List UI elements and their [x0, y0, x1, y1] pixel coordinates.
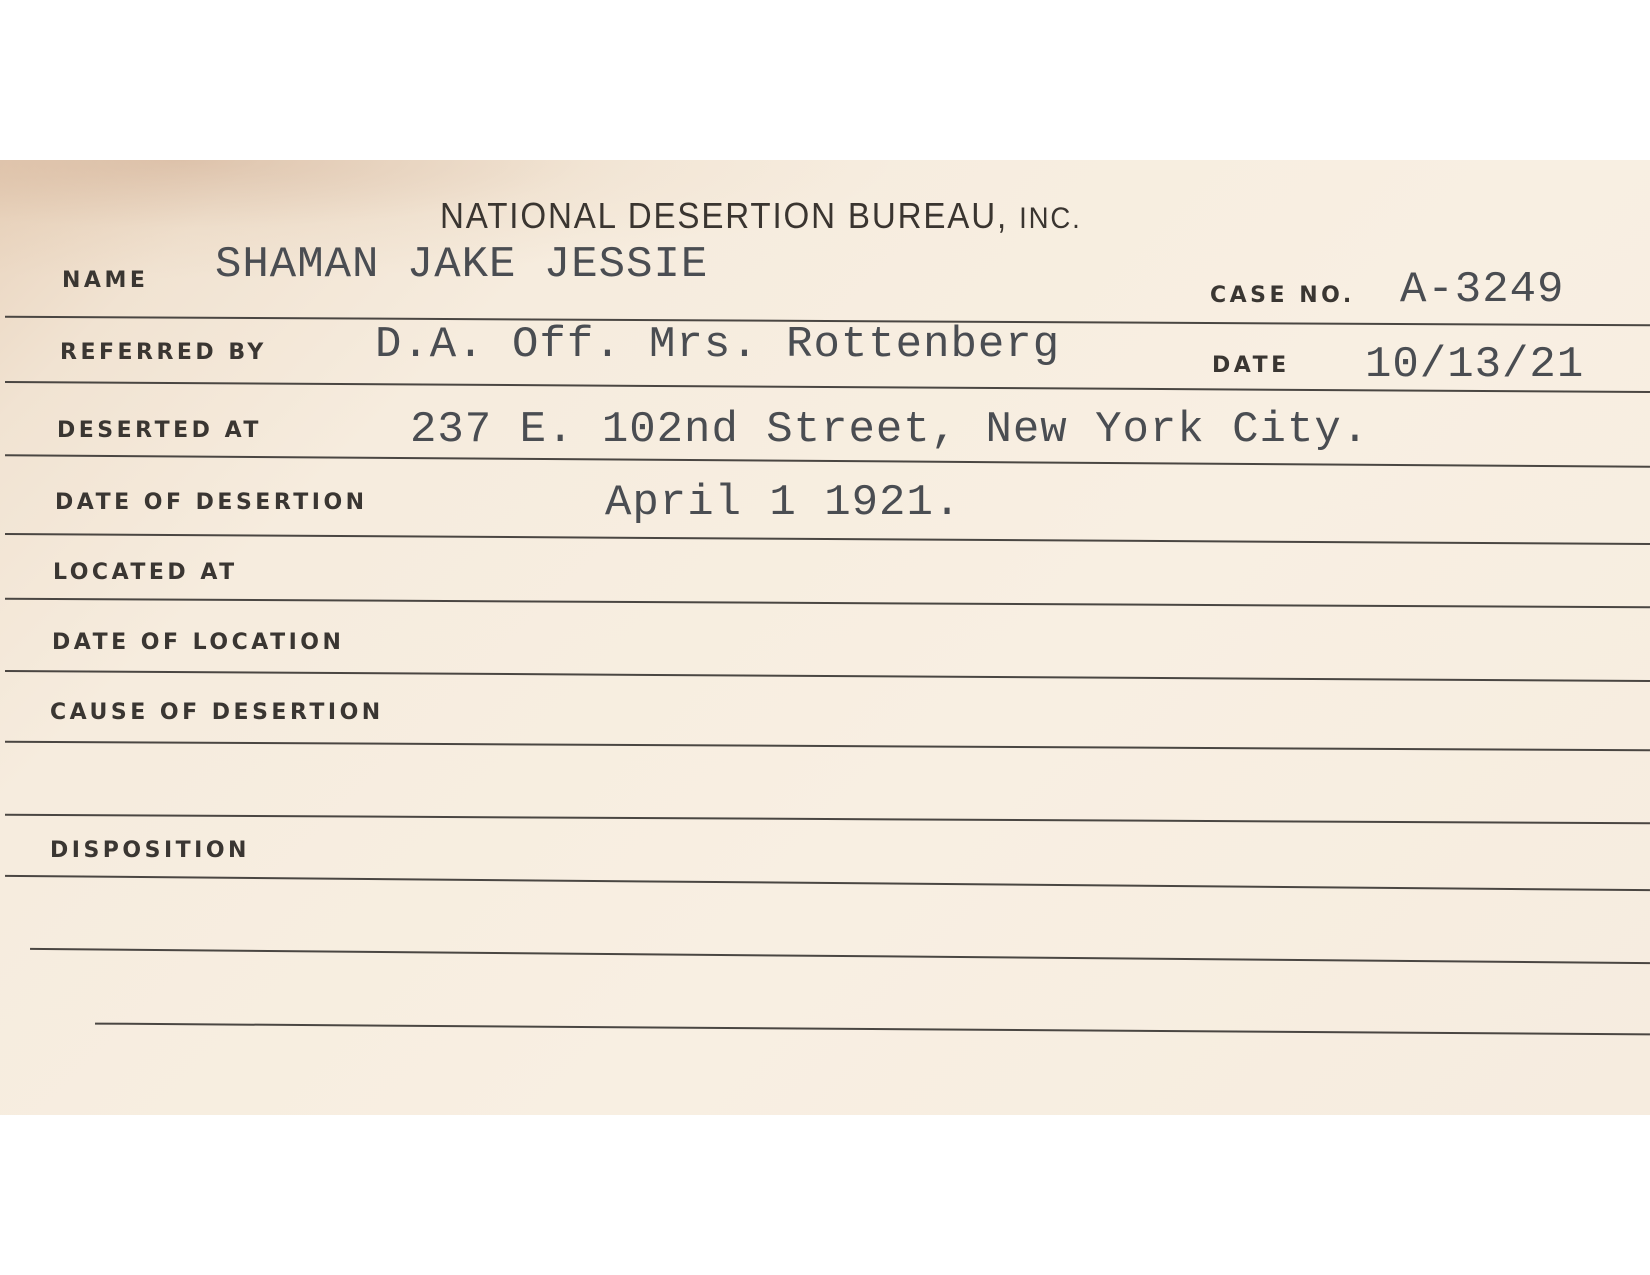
name-value: SHAMAN JAKE JESSIE: [215, 240, 708, 290]
date-of-location-label: DATE OF LOCATION: [52, 630, 344, 655]
date-of-desertion-label: DATE OF DESERTION: [55, 490, 368, 515]
rule-5: [5, 598, 1650, 609]
rule-9: [5, 875, 1650, 891]
case-no-value: A-3249: [1400, 265, 1564, 315]
desertion-record-card: NATIONAL DESERTION BUREAU, INC. NAME SHA…: [0, 160, 1650, 1115]
bureau-suffix: INC.: [1019, 202, 1082, 235]
date-value: 10/13/21: [1365, 340, 1584, 390]
rule-3: [5, 454, 1650, 467]
deserted-at-value: 237 E. 102nd Street, New York City.: [410, 405, 1369, 455]
date-label: DATE: [1212, 353, 1290, 378]
disposition-label: DISPOSITION: [50, 838, 250, 863]
date-of-desertion-value: April 1 1921.: [605, 478, 961, 528]
located-at-label: LOCATED AT: [53, 560, 238, 585]
rule-4: [5, 533, 1650, 545]
bureau-name: NATIONAL DESERTION BUREAU,: [440, 195, 1008, 236]
rule-11: [95, 1023, 1650, 1036]
referred-by-value: D.A. Off. Mrs. Rottenberg: [375, 320, 1060, 370]
referred-by-label: REFERRED BY: [60, 340, 267, 365]
case-no-label: CASE NO.: [1210, 283, 1355, 308]
deserted-at-label: DESERTED AT: [57, 418, 262, 443]
rule-6: [5, 670, 1650, 682]
name-label: NAME: [62, 268, 148, 293]
card-title: NATIONAL DESERTION BUREAU, INC.: [440, 195, 1082, 237]
rule-10: [30, 948, 1650, 964]
cause-of-desertion-label: CAUSE OF DESERTION: [50, 700, 384, 725]
rule-8: [5, 814, 1650, 825]
rule-7: [5, 741, 1650, 752]
